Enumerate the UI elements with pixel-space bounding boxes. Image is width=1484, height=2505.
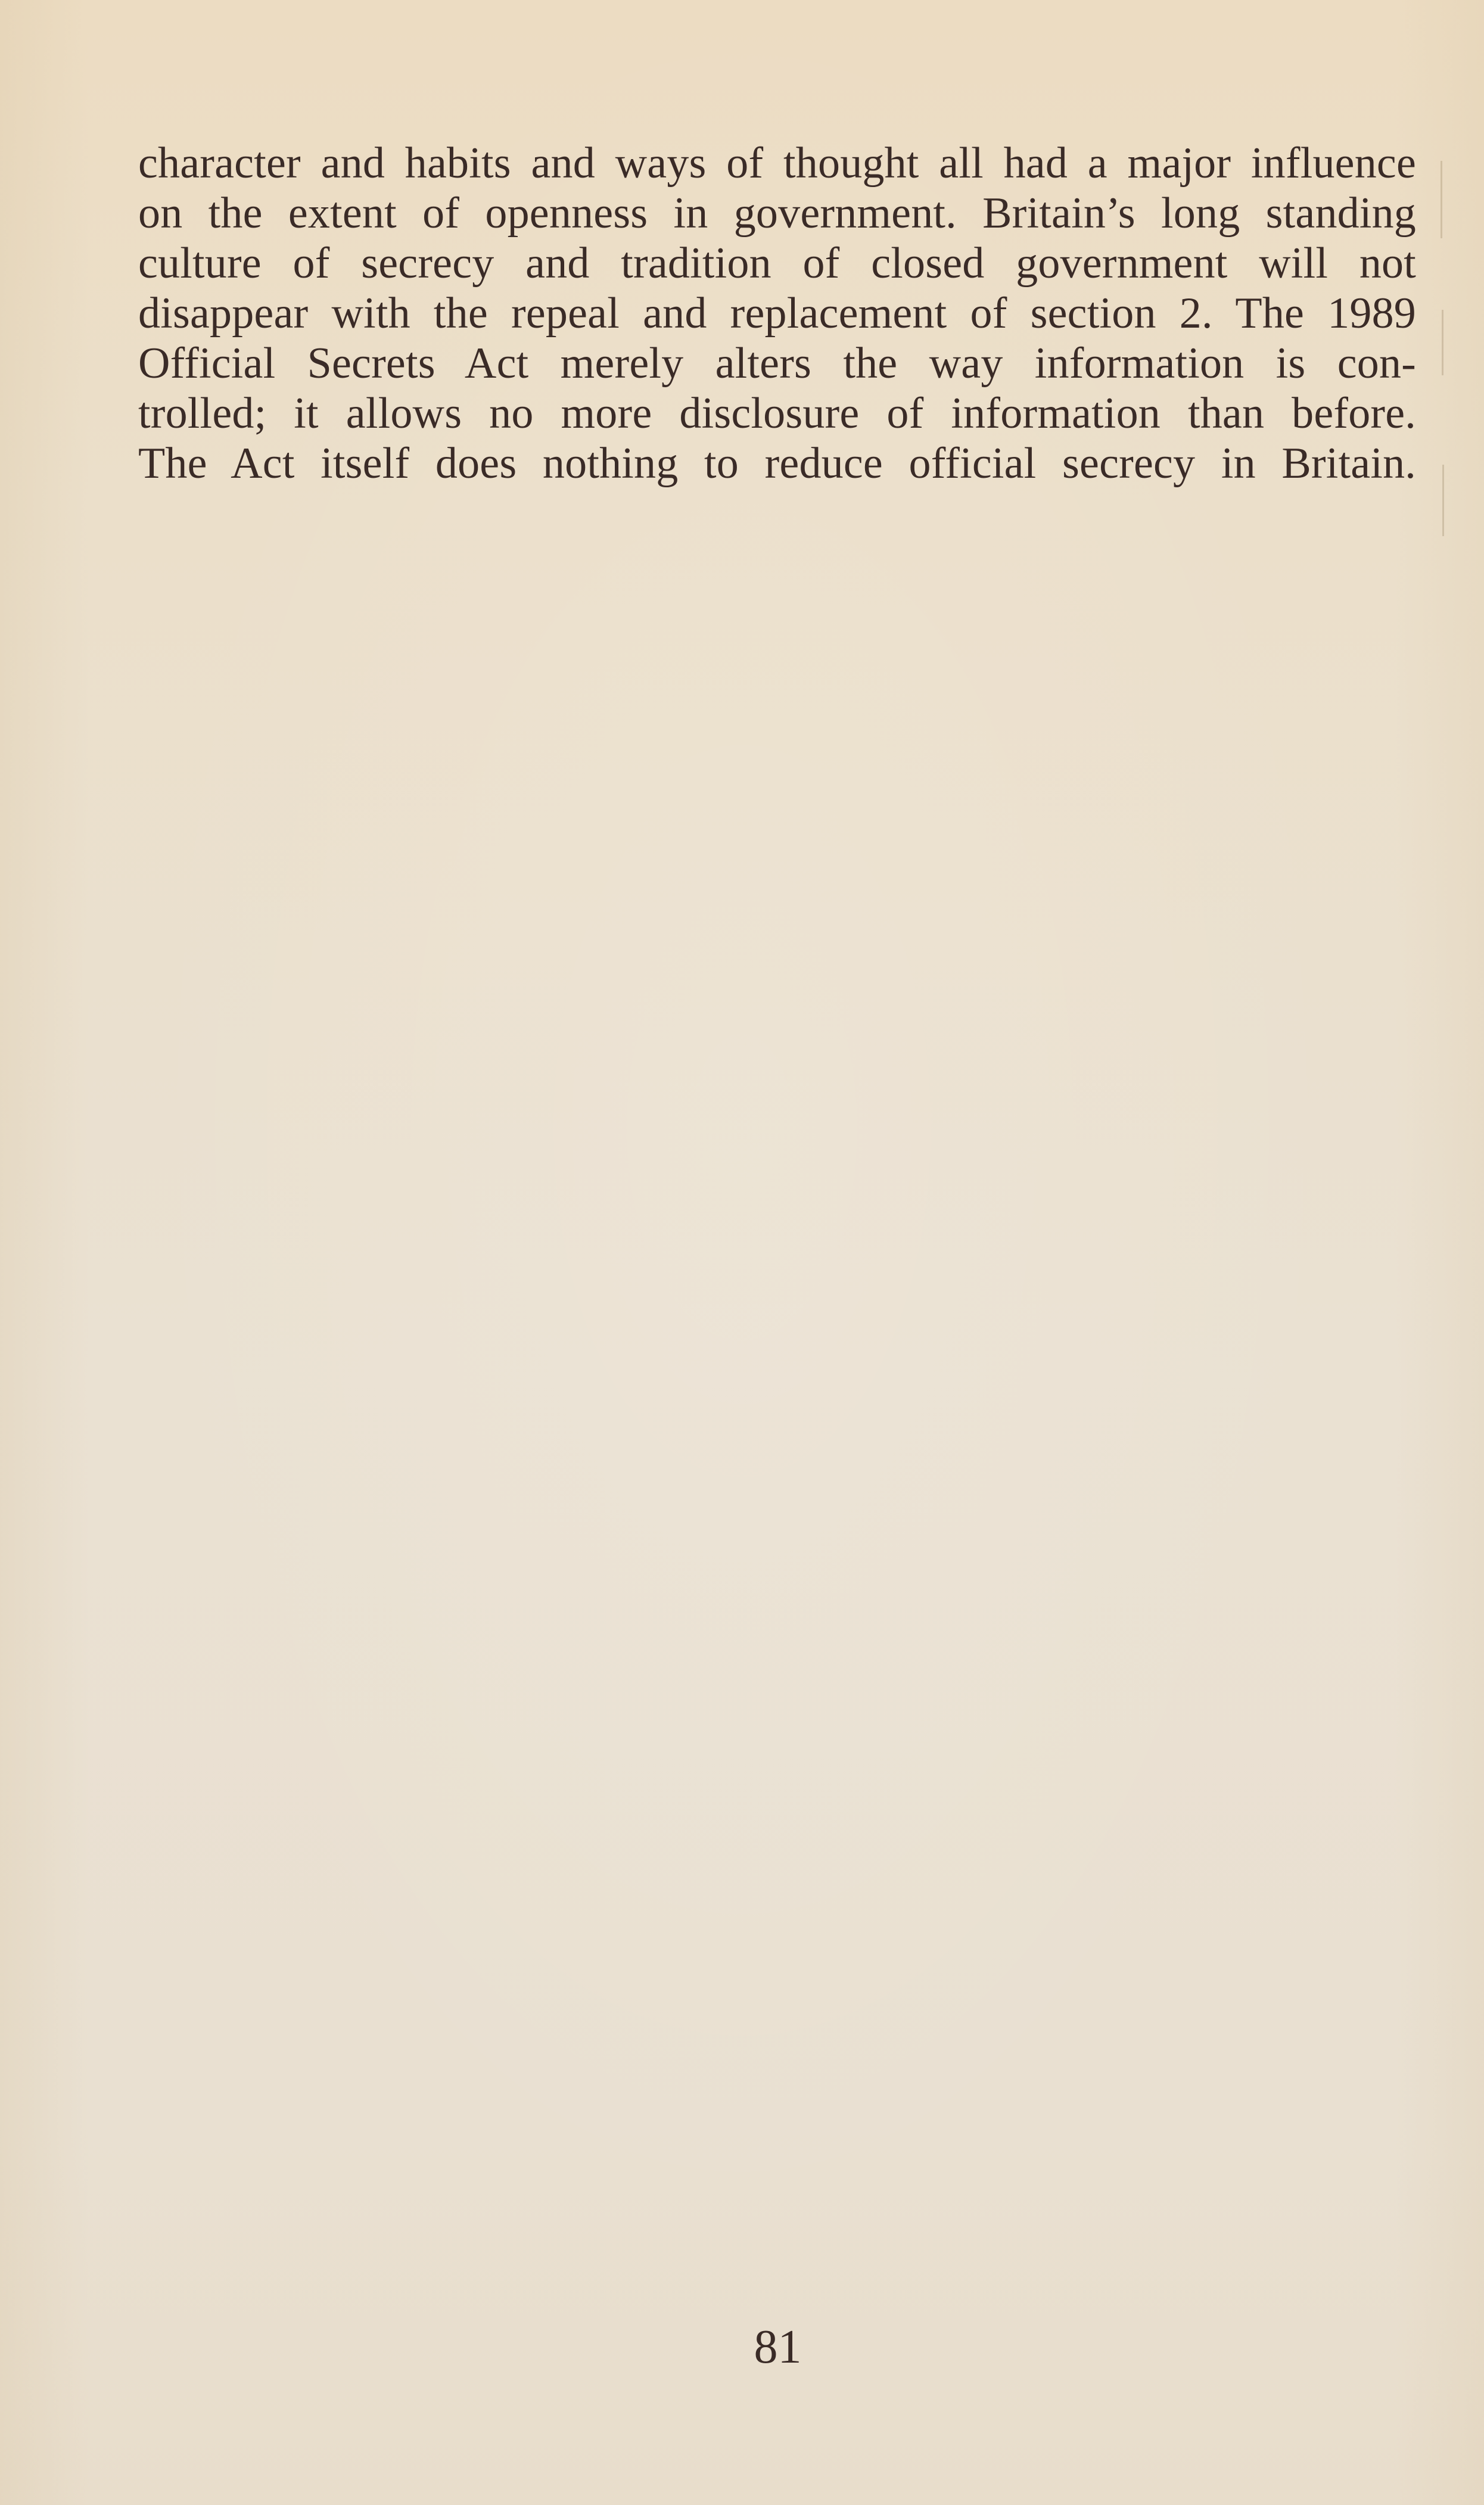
text-line: The Act itself does nothing to reduce of…: [138, 438, 1416, 488]
text-line: on the extent of openness in government.…: [138, 188, 1416, 238]
page-edge-shadow: [1441, 161, 1442, 238]
page-edge-shadow: [1442, 465, 1444, 536]
page-edge-shadow: [1442, 310, 1443, 375]
text-line: character and habits and ways of thought…: [138, 138, 1416, 188]
body-text: character and habits and ways of thought…: [138, 138, 1416, 488]
text-line: Official Secrets Act merely alters the w…: [138, 338, 1416, 388]
text-line: disappear with the repeal and replacemen…: [138, 288, 1416, 338]
page-number: 81: [0, 2320, 1484, 2374]
text-line: trolled; it allows no more disclosure of…: [138, 388, 1416, 438]
text-line: culture of secrecy and tradition of clos…: [138, 238, 1416, 288]
